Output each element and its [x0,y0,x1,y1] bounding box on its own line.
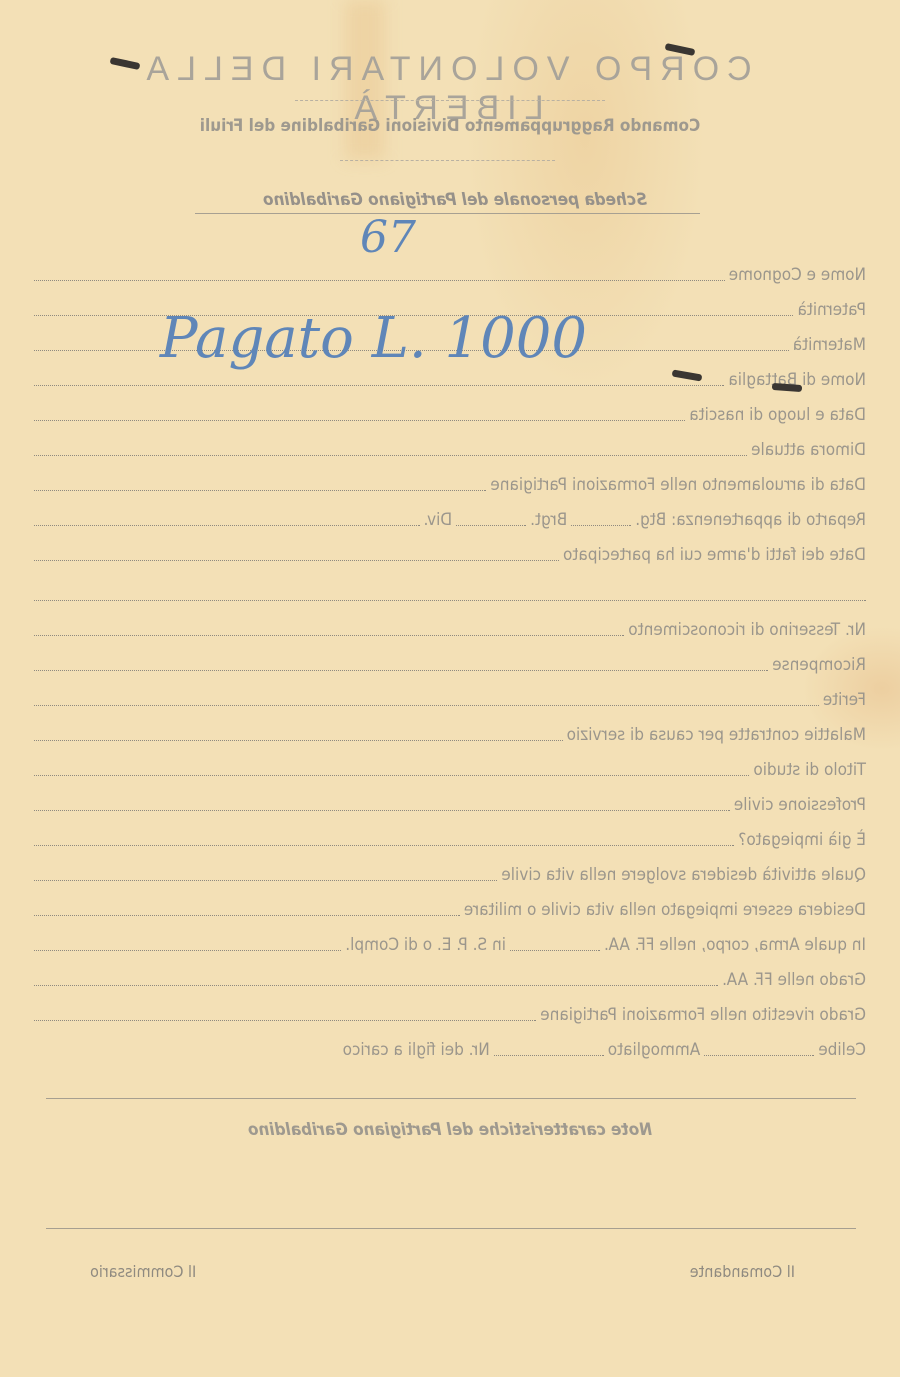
field-label: Dimora attuale [747,440,866,460]
field-label: Malattie contratte per causa di servizio [563,725,866,745]
fill-line-div[interactable] [34,525,420,526]
field-row: Ricompense [34,653,866,675]
fill-line-btg[interactable] [571,525,631,526]
field-row: Titolo di studio [34,758,866,780]
field-label: Date dei fatti d'arme cui ha partecipato [559,545,866,565]
fill-line[interactable] [34,1020,536,1021]
signature-comandante: Il Comandante [690,1262,795,1281]
field-row: Date dei fatti d'arme cui ha partecipato [34,543,866,565]
fill-line[interactable] [34,490,486,491]
field-label: Titolo di studio [749,760,866,780]
fill-line[interactable] [34,845,734,846]
notes-label: Note caratteristiche del Partigiano Gari… [190,1120,710,1140]
fill-line[interactable] [34,810,730,811]
fill-line[interactable] [34,635,624,636]
section-divider [46,1098,856,1099]
field-label: Desidera essere impiegato nella vita civ… [460,900,866,920]
field-label: Data di arruolamento nelle Formazioni Pa… [486,475,866,495]
field-label: Ricompense [768,655,866,675]
handwritten-number: 67 [360,212,416,263]
fill-line[interactable] [34,560,559,561]
field-label: Celibe [814,1040,866,1060]
field-label: Ammogliato [604,1040,705,1060]
field-row: Nr. Tesserino di riconoscimento [34,618,866,640]
fill-line-spe[interactable] [34,950,341,951]
field-label: Nr. dei figli a carico [339,1040,494,1060]
field-row: Ferite [34,688,866,710]
fill-line-celibe[interactable] [704,1055,814,1056]
fill-line[interactable] [34,455,747,456]
field-label: Maternità [789,335,866,355]
fill-line-ammogliato[interactable] [494,1055,604,1056]
divider [295,100,605,101]
field-row: Data di arruolamento nelle Formazioni Pa… [34,473,866,495]
field-label: Nome e Cognome [725,265,866,285]
field-label: È già impiegato? [734,830,866,850]
field-label: Paternità [793,300,866,320]
signature-commissario: Il Commissario [90,1262,196,1281]
field-label: in S. P. E. o di Compl. [341,935,510,955]
field-row: Malattie contratte per causa di servizio [34,723,866,745]
form-title: Scheda personale del Partigiano Garibald… [200,190,710,210]
field-row: Desidera essere impiegato nella vita civ… [34,898,866,920]
field-row: CelibeAmmogliatoNr. dei figli a carico [34,1038,866,1060]
field-row: In quale Arma, corpo, nelle FF. AA.in S.… [34,933,866,955]
fill-line[interactable] [34,600,866,601]
fill-line[interactable] [34,915,460,916]
field-row: Reparto di appartenenza: Btg.Brgt.Div. [34,508,866,530]
field-label: Brgt. [526,510,571,530]
field-label: Quale attività desidera svolgere nella v… [497,865,866,885]
fill-line[interactable] [34,880,497,881]
field-row: Nome e Cognome [34,263,866,285]
field-row: Nome di Battaglia [34,368,866,390]
fill-line-brgt[interactable] [456,525,526,526]
staple-mark [772,383,802,392]
field-label: Div. [420,510,457,530]
fill-line[interactable] [34,705,819,706]
fill-line[interactable] [34,740,563,741]
field-label: Ferite [819,690,866,710]
fill-line[interactable] [34,985,718,986]
handwritten-payment-note: Pagato L. 1000 [160,306,587,371]
fill-line[interactable] [34,420,685,421]
divider [340,160,555,161]
section-divider [46,1228,856,1229]
field-row: Grado rivestito nelle Formazioni Partigi… [34,1003,866,1025]
field-row: Professione civile [34,793,866,815]
fill-line-arma[interactable] [510,950,600,951]
field-label: Grado rivestito nelle Formazioni Partigi… [536,1005,866,1025]
field-row: È già impiegato? [34,828,866,850]
field-row: Dimora attuale [34,438,866,460]
fill-line[interactable] [34,670,768,671]
field-row: Quale attività desidera svolgere nella v… [34,863,866,885]
fill-line[interactable] [34,775,749,776]
form-title-underline [195,213,700,214]
fill-line-name[interactable] [34,280,725,281]
field-label: In quale Arma, corpo, nelle FF. AA. [600,935,866,955]
fill-line[interactable] [34,385,724,386]
field-label: Nr. Tesserino di riconoscimento [624,620,866,640]
field-row: Grado nelle FF. AA. [34,968,866,990]
field-label: Grado nelle FF. AA. [718,970,866,990]
mirrored-form-sheet: CORPO VOLONTARI DELLA LIBERTÀ Comando Ra… [0,0,900,1377]
field-label: Data e luogo di nascita [685,405,866,425]
form-header-subtitle: Comando Raggruppamento Divisioni Garibal… [0,116,900,136]
field-label: Reparto di appartenenza: Btg. [631,510,866,530]
field-label: Professione civile [730,795,866,815]
field-row [34,583,866,605]
field-row: Data e luogo di nascita [34,403,866,425]
